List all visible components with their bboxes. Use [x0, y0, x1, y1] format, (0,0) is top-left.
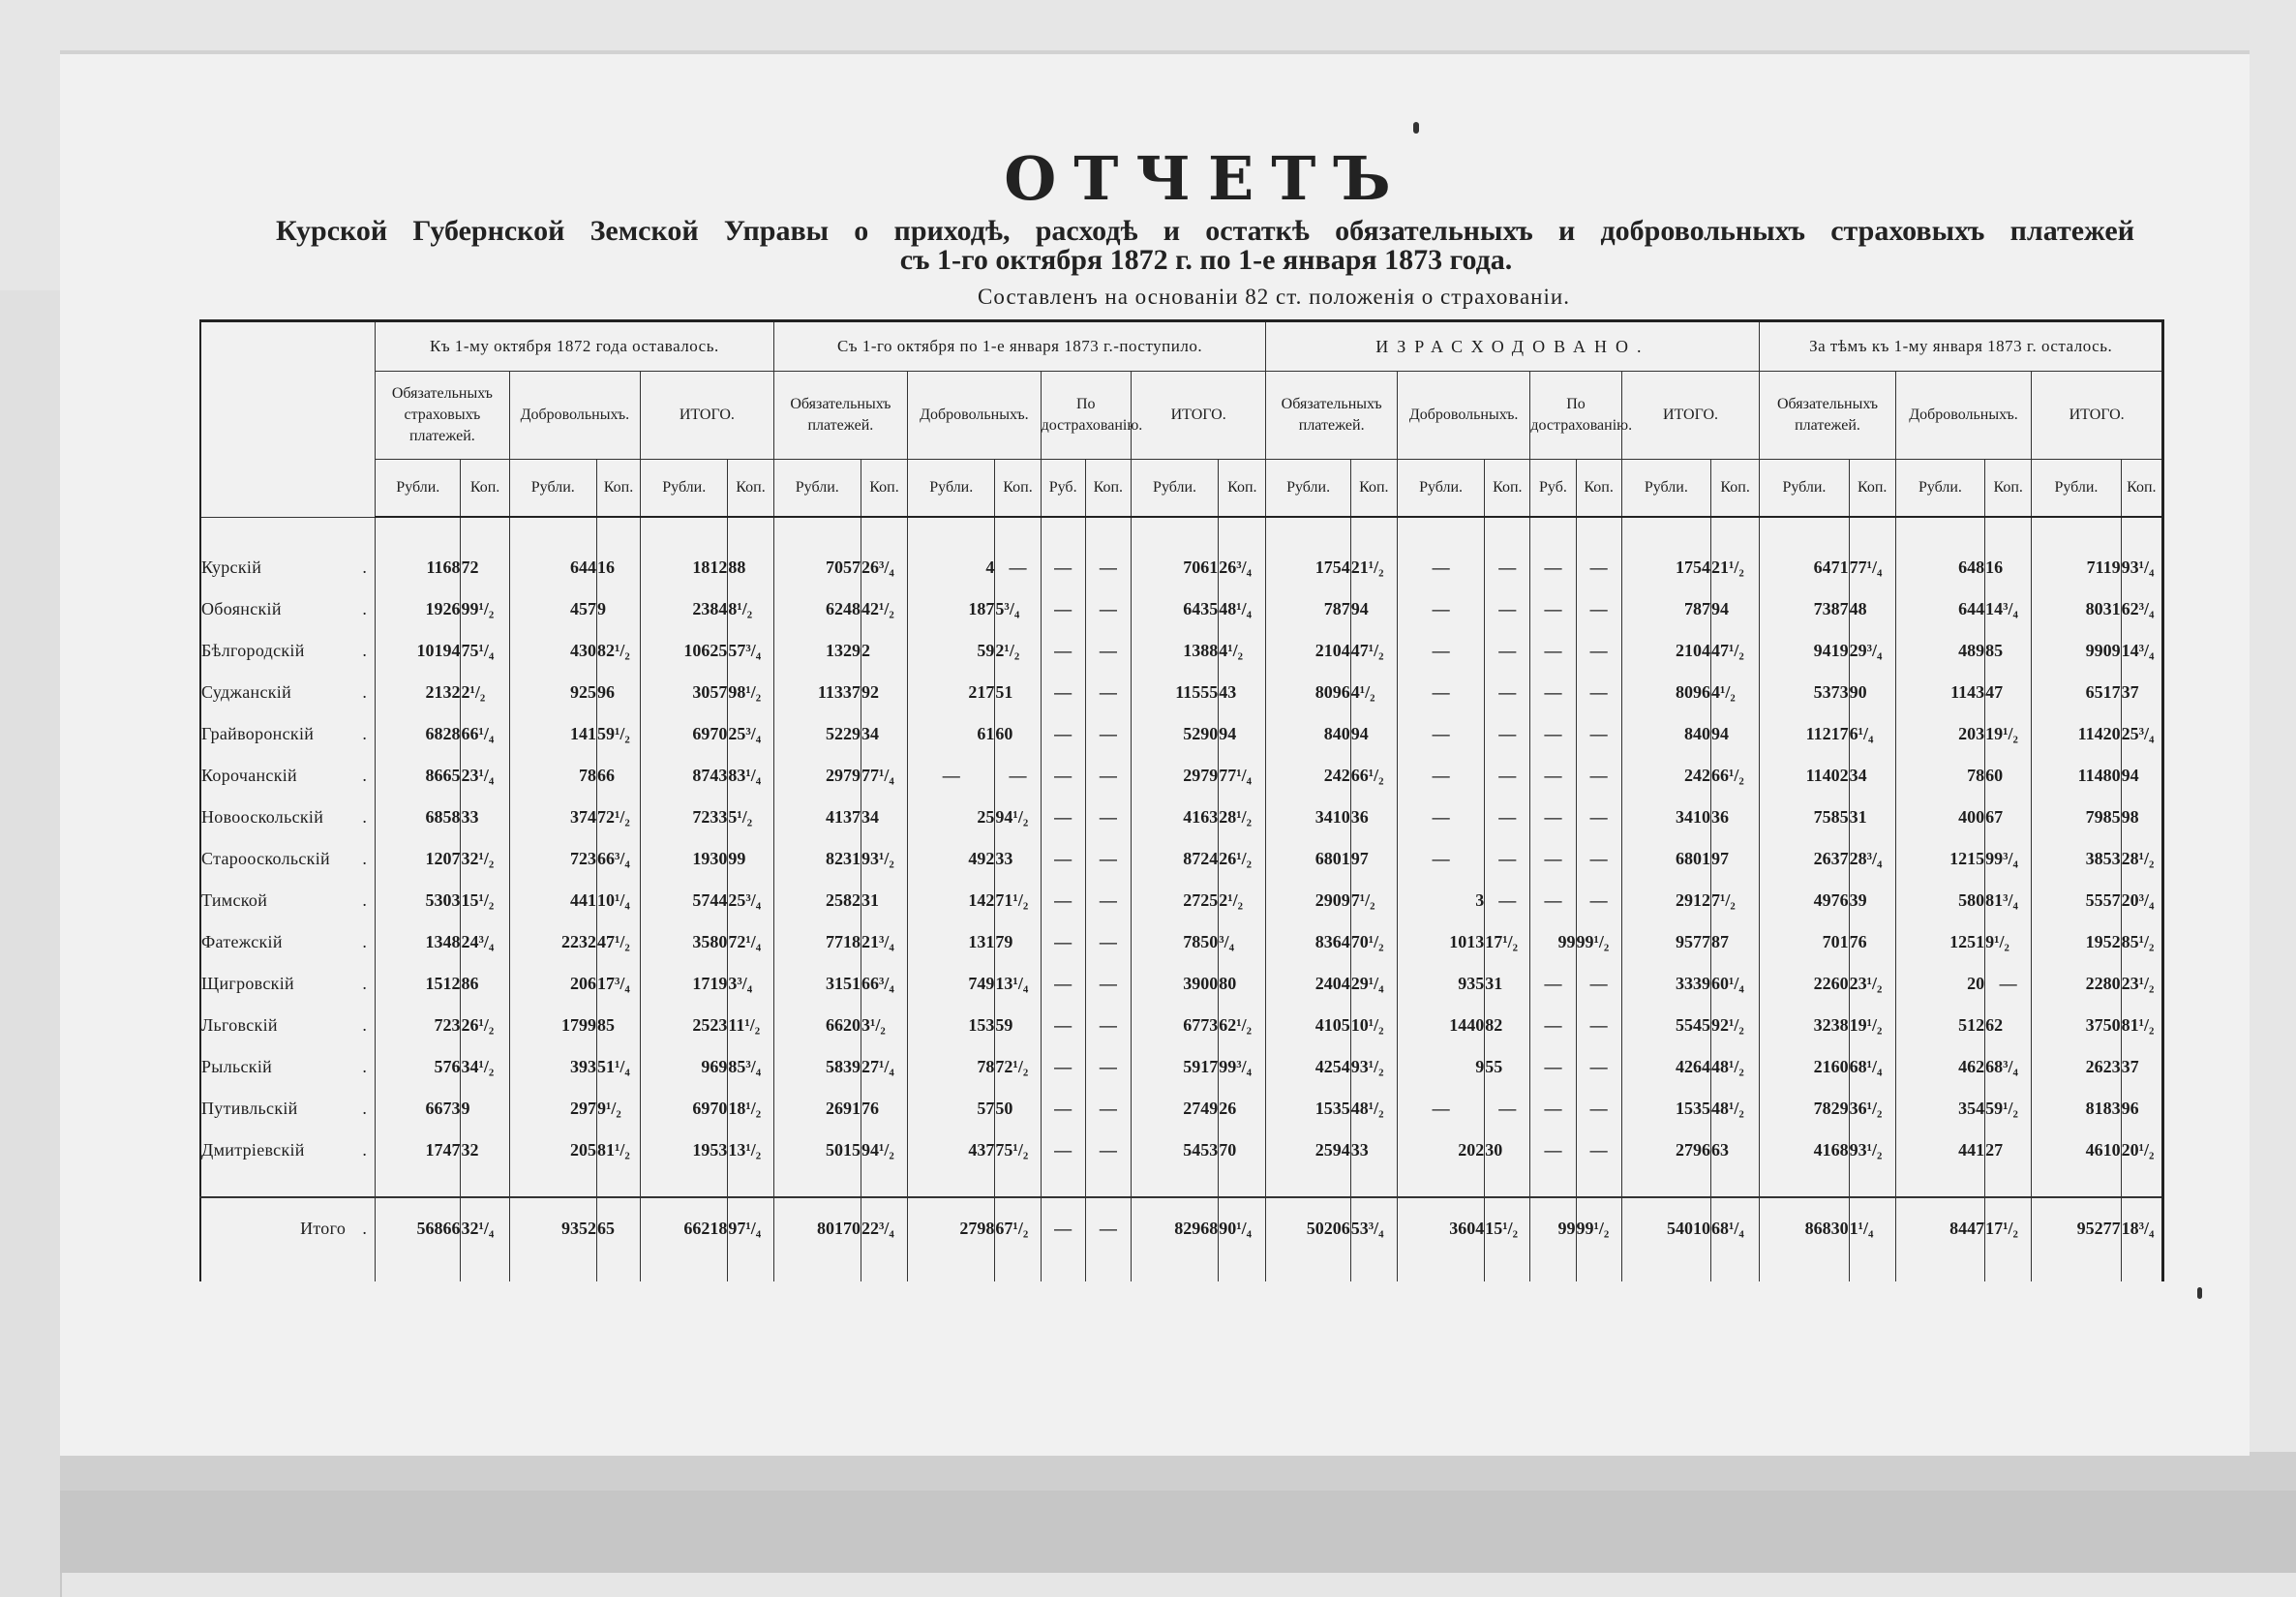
rubles-cell: 11420: [2032, 713, 2121, 755]
rubles-cell: —: [1041, 1197, 1085, 1258]
rubles-cell: 1812: [641, 547, 728, 588]
kopecks-cell: 4¹/₂: [1711, 672, 1760, 713]
kopecks-cell: 3³/₄: [728, 963, 773, 1005]
kopecks-cell: 27: [1985, 1130, 2032, 1171]
kopecks-cell: 1¹/₄: [1849, 1197, 1895, 1258]
rubles-cell: 1535: [1621, 1088, 1710, 1130]
kopecks-cell: 29¹/₄: [1350, 963, 1397, 1005]
table-row: Льговскiй.72326¹/₂179985252311¹/₂66203¹/…: [200, 1005, 2163, 1046]
rubles-cell: 6248: [773, 588, 861, 630]
kopecks-cell: 72¹/₂: [596, 797, 640, 838]
kopecks-cell: 67: [1985, 797, 2032, 838]
kopecks-cell: —: [1985, 963, 2032, 1005]
kopecks-cell: 18³/₄: [2121, 1197, 2162, 1258]
kopecks-cell: 47: [1985, 672, 2032, 713]
rubles-cell: —: [1530, 672, 1576, 713]
rubles-cell: 5557: [2032, 880, 2121, 921]
kopecks-cell: 29³/₄: [1849, 630, 1895, 672]
region-name-text: Грайворонскiй: [201, 724, 314, 743]
kopecks-cell: —: [1576, 1088, 1621, 1130]
group-header-spent: ИЗРАСХОДОВАНО.: [1266, 321, 1760, 372]
rubles-cell: 462: [1895, 1046, 1984, 1088]
rubles-cell: 1329: [773, 630, 861, 672]
region-name-text: Итого: [300, 1219, 346, 1238]
ink-speck: [2197, 1287, 2202, 1299]
kopecks-cell: 77¹/₄: [1849, 547, 1895, 588]
rubles-cell: 8183: [2032, 1088, 2121, 1130]
kopecks-cell: 2: [861, 630, 907, 672]
rubles-cell: 99: [1530, 1197, 1576, 1258]
unit-header-rubles: Рубли.: [773, 460, 861, 518]
kopecks-cell: 13¹/₂: [728, 1130, 773, 1171]
subheader-voluntary: Добровольныхъ.: [509, 372, 640, 460]
kopecks-cell: 99¹/₂: [1576, 921, 1621, 963]
rubles-cell: 1440: [1397, 1005, 1484, 1046]
rubles-cell: 4264: [1621, 1046, 1710, 1088]
kopecks-cell: 32¹/₂: [461, 838, 509, 880]
rubles-cell: 723: [376, 1005, 461, 1046]
rubles-cell: —: [1041, 797, 1085, 838]
rubles-cell: 3853: [2032, 838, 2121, 880]
unit-header-kopecks: Коп.: [1985, 460, 2032, 518]
rubles-cell: —: [1041, 880, 1085, 921]
kopecks-cell: —: [995, 755, 1041, 797]
rubles-cell: —: [1041, 547, 1085, 588]
kopecks-cell: 26³/₄: [861, 547, 907, 588]
region-name: Корочанскiй.: [200, 755, 376, 797]
kopecks-cell: 82¹/₂: [596, 630, 640, 672]
rubles-cell: 7850: [1131, 921, 1218, 963]
kopecks-cell: 82: [1485, 1005, 1530, 1046]
kopecks-cell: 94: [1350, 713, 1397, 755]
rubles-cell: 56866: [376, 1197, 461, 1258]
kopecks-cell: —: [1576, 1130, 1621, 1171]
rubles-cell: 576: [376, 1046, 461, 1088]
kopecks-cell: 48¹/₄: [1219, 588, 1266, 630]
rubles-cell: 1799: [509, 1005, 596, 1046]
rubles-cell: 1953: [641, 1130, 728, 1171]
region-name-text: Рыльскiй: [201, 1057, 272, 1076]
kopecks-cell: 17¹/₂: [1985, 1197, 2032, 1258]
rubles-cell: 11480: [2032, 755, 2121, 797]
subheader-voluntary: Добровольныхъ.: [908, 372, 1041, 460]
unit-header-kopecks: Коп.: [1085, 460, 1131, 518]
kopecks-cell: 24³/₄: [461, 921, 509, 963]
kopecks-cell: 15¹/₂: [1485, 1197, 1530, 1258]
rubles-cell: 3580: [641, 921, 728, 963]
rubles-cell: 1388: [1131, 630, 1218, 672]
rubles-cell: 153: [908, 1005, 995, 1046]
kopecks-cell: 28¹/₂: [2121, 838, 2162, 880]
leader-dots: .: [362, 974, 367, 994]
unit-header-kopecks: Коп.: [1350, 460, 1397, 518]
rubles-cell: 7985: [2032, 797, 2121, 838]
leader-dots: .: [362, 766, 367, 786]
rubles-cell: 3238: [1760, 1005, 1849, 1046]
rubles-cell: —: [1041, 588, 1085, 630]
rubles-cell: 8096: [1621, 672, 1710, 713]
kopecks-cell: 99¹/₂: [461, 588, 509, 630]
region-name: Путивльскiй.: [200, 1088, 376, 1130]
rubles-cell: 202: [1397, 1130, 1484, 1171]
subheader-mandatory: Обязательныхъ страховыхъ платежей.: [376, 372, 509, 460]
rubles-cell: 95277: [2032, 1197, 2121, 1258]
kopecks-cell: 16: [1985, 547, 2032, 588]
kopecks-cell: —: [1485, 797, 1530, 838]
kopecks-cell: 39: [1849, 880, 1895, 921]
kopecks-cell: 93¹/₄: [2121, 547, 2162, 588]
rubles-cell: 2979: [1131, 755, 1218, 797]
unit-header-rubles: Руб.: [1530, 460, 1576, 518]
rubles-cell: 7585: [1760, 797, 1849, 838]
kopecks-cell: 51: [995, 672, 1041, 713]
region-name-text: Щигровскiй: [201, 974, 294, 993]
rubles-cell: 99: [1530, 921, 1576, 963]
kopecks-cell: 76: [1849, 921, 1895, 963]
rubles-cell: 7233: [641, 797, 728, 838]
kopecks-cell: 28¹/₂: [1219, 797, 1266, 838]
kopecks-cell: 77¹/₄: [861, 755, 907, 797]
kopecks-cell: 30: [1485, 1130, 1530, 1171]
kopecks-cell: —: [1085, 713, 1131, 755]
kopecks-cell: —: [1085, 1088, 1131, 1130]
rubles-cell: 5303: [376, 880, 461, 921]
rubles-cell: —: [1397, 630, 1484, 672]
kopecks-cell: 66: [596, 755, 640, 797]
rubles-cell: 1013: [1397, 921, 1484, 963]
kopecks-cell: 94: [1219, 713, 1266, 755]
rubles-cell: 2260: [1760, 963, 1849, 1005]
kopecks-cell: 66¹/₂: [1711, 755, 1760, 797]
rubles-cell: 3339: [1621, 963, 1710, 1005]
kopecks-cell: 66¹/₄: [461, 713, 509, 755]
kopecks-cell: 96: [596, 672, 640, 713]
rubles-cell: 5373: [1760, 672, 1849, 713]
rubles-cell: 2725: [1131, 880, 1218, 921]
rubles-cell: 57: [908, 1088, 995, 1130]
kopecks-cell: 87: [1711, 921, 1760, 963]
kopecks-cell: 4¹/₂: [1219, 630, 1266, 672]
kopecks-cell: 26: [1219, 1088, 1266, 1130]
kopecks-cell: 36¹/₂: [1849, 1088, 1895, 1130]
kopecks-cell: 20³/₄: [2121, 880, 2162, 921]
kopecks-cell: 68³/₄: [1985, 1046, 2032, 1088]
region-name-text: Тимской: [201, 890, 267, 910]
kopecks-cell: 59¹/₂: [1985, 1088, 2032, 1130]
unit-header-rubles: Рубли.: [1760, 460, 1849, 518]
table-row: Грайворонскiй.682866¹/₄14159¹/₂697025³/₄…: [200, 713, 2163, 755]
rubles-cell: 840: [1266, 713, 1350, 755]
kopecks-cell: 66³/₄: [596, 838, 640, 880]
region-name-text: Старооскольскiй: [201, 849, 330, 868]
kopecks-cell: 94: [1711, 588, 1760, 630]
kopecks-cell: —: [1576, 963, 1621, 1005]
kopecks-cell: 26¹/₂: [1219, 838, 1266, 880]
kopecks-cell: —: [1485, 588, 1530, 630]
rubles-cell: 8724: [1131, 838, 1218, 880]
kopecks-cell: —: [1085, 963, 1131, 1005]
leader-dots: .: [362, 932, 367, 952]
region-name: Суджанскiй.: [200, 672, 376, 713]
rubles-cell: 354: [1895, 1088, 1984, 1130]
rubles-cell: 1930: [641, 838, 728, 880]
rubles-cell: 86830: [1760, 1197, 1849, 1258]
rubles-cell: 6773: [1131, 1005, 1218, 1046]
region-name-text: Корочанскiй: [201, 766, 297, 785]
rubles-cell: 1143: [1895, 672, 1984, 713]
rubles-cell: 6471: [1760, 547, 1849, 588]
rubles-cell: 5290: [1131, 713, 1218, 755]
kopecks-cell: 5¹/₂: [728, 797, 773, 838]
kopecks-cell: 36: [1350, 797, 1397, 838]
document-title: ОТЧЕТЪ: [0, 143, 2296, 214]
rubles-cell: 437: [908, 1130, 995, 1171]
kopecks-cell: 9: [596, 588, 640, 630]
kopecks-cell: 68¹/₄: [1711, 1197, 1760, 1258]
rubles-cell: 8096: [1266, 672, 1350, 713]
kopecks-cell: 34: [861, 713, 907, 755]
rubles-cell: 7119: [2032, 547, 2121, 588]
rubles-cell: 2132: [376, 672, 461, 713]
rubles-cell: 1535: [1266, 1088, 1350, 1130]
kopecks-cell: —: [1576, 630, 1621, 672]
kopecks-cell: 34: [1849, 755, 1895, 797]
kopecks-cell: 36: [1711, 797, 1760, 838]
subheader-mandatory: Обязательныхъ платежей.: [1266, 372, 1397, 460]
kopecks-cell: 60: [995, 713, 1041, 755]
kopecks-cell: 72¹/₄: [728, 921, 773, 963]
region-name-text: Обоянскiй: [201, 599, 282, 618]
rubles-cell: 7061: [1131, 547, 1218, 588]
rubles-cell: —: [1397, 547, 1484, 588]
kopecks-cell: 55: [1485, 1046, 1530, 1088]
leader-dots: .: [362, 849, 367, 869]
kopecks-cell: —: [1576, 672, 1621, 713]
leader-dots: .: [362, 641, 367, 661]
kopecks-cell: 32: [461, 1130, 509, 1171]
rubles-cell: 6435: [1131, 588, 1218, 630]
kopecks-cell: 43: [1219, 672, 1266, 713]
kopecks-cell: 90: [1849, 672, 1895, 713]
kopecks-cell: —: [1085, 630, 1131, 672]
rubles-cell: 2523: [641, 1005, 728, 1046]
rubles-cell: —: [1041, 1046, 1085, 1088]
kopecks-cell: 70¹/₂: [1350, 921, 1397, 963]
rubles-cell: 2104: [1621, 630, 1710, 672]
kopecks-cell: —: [1085, 672, 1131, 713]
kopecks-cell: 21¹/₂: [1350, 547, 1397, 588]
kopecks-cell: 75¹/₄: [461, 630, 509, 672]
unit-header-rubles: Рубли.: [641, 460, 728, 518]
region-name-text: Дмитрiевскiй: [201, 1140, 305, 1160]
kopecks-cell: 93¹/₂: [1849, 1130, 1895, 1171]
kopecks-cell: —: [1085, 755, 1131, 797]
kopecks-cell: 85¹/₂: [2121, 921, 2162, 963]
rubles-cell: 3750: [2032, 1005, 2121, 1046]
region-name: Новооскольскiй.: [200, 797, 376, 838]
rubles-cell: —: [1530, 963, 1576, 1005]
kopecks-cell: 99³/₄: [1985, 838, 2032, 880]
rubles-cell: —: [1397, 838, 1484, 880]
region-name: Фатежскiй.: [200, 921, 376, 963]
kopecks-cell: 85: [1985, 630, 2032, 672]
kopecks-cell: 97: [1711, 838, 1760, 880]
kopecks-cell: 23¹/₂: [2121, 963, 2162, 1005]
unit-header-rubles: Рубли.: [2032, 460, 2121, 518]
rubles-cell: —: [1041, 921, 1085, 963]
rubles-cell: —: [1530, 838, 1576, 880]
rubles-cell: 66218: [641, 1197, 728, 1258]
rubles-cell: 80170: [773, 1197, 861, 1258]
table-row: Корочанскiй.866523¹/₄7866874383¹/₄297977…: [200, 755, 2163, 797]
rubles-cell: 787: [1621, 588, 1710, 630]
kopecks-cell: —: [1485, 672, 1530, 713]
unit-header-kopecks: Коп.: [461, 460, 509, 518]
rubles-cell: 5545: [1621, 1005, 1710, 1046]
rubles-cell: 187: [908, 588, 995, 630]
rubles-cell: —: [908, 755, 995, 797]
kopecks-cell: —: [1576, 755, 1621, 797]
rubles-cell: 2160: [1760, 1046, 1849, 1088]
region-name: Курскiй.: [200, 547, 376, 588]
rubles-cell: 5744: [641, 880, 728, 921]
rubles-cell: 8364: [1266, 921, 1350, 963]
rubles-cell: 374: [509, 797, 596, 838]
kopecks-cell: 5³/₄: [995, 588, 1041, 630]
kopecks-cell: 10¹/₂: [1350, 1005, 1397, 1046]
unit-header-rubles: Рубли.: [1397, 460, 1484, 518]
kopecks-cell: 85: [596, 1005, 640, 1046]
subheader-reinsurance: По дострахованiю.: [1041, 372, 1131, 460]
rubles-cell: 4: [908, 547, 995, 588]
kopecks-cell: 93¹/₂: [1350, 1046, 1397, 1088]
kopecks-cell: 7¹/₂: [1350, 880, 1397, 921]
kopecks-cell: —: [1485, 1088, 1530, 1130]
rubles-cell: 644: [1895, 588, 1984, 630]
kopecks-cell: 67¹/₂: [995, 1197, 1041, 1258]
kopecks-cell: 96: [2121, 1088, 2162, 1130]
rubles-cell: —: [1530, 1088, 1576, 1130]
rubles-cell: 492: [908, 838, 995, 880]
rubles-cell: 205: [509, 1130, 596, 1171]
kopecks-cell: 60: [1985, 755, 2032, 797]
kopecks-cell: 31: [1485, 963, 1530, 1005]
kopecks-cell: 48¹/₂: [1711, 1088, 1760, 1130]
rubles-cell: 2909: [1266, 880, 1350, 921]
rubles-cell: 6673: [376, 1088, 461, 1130]
group-header-balance-oct: Къ 1-му октября 1872 года оставалось.: [376, 321, 773, 372]
kopecks-cell: 19¹/₂: [1985, 713, 2032, 755]
kopecks-cell: —: [1085, 1197, 1131, 1258]
kopecks-cell: 59¹/₂: [596, 713, 640, 755]
kopecks-cell: 50: [995, 1088, 1041, 1130]
kopecks-cell: 71¹/₂: [995, 880, 1041, 921]
rubles-cell: 644: [509, 547, 596, 588]
kopecks-cell: —: [1085, 547, 1131, 588]
kopecks-cell: 94: [2121, 755, 2162, 797]
kopecks-cell: 20¹/₂: [2121, 1130, 2162, 1171]
region-name-text: Путивльскiй: [201, 1099, 298, 1118]
rubles-cell: —: [1530, 588, 1576, 630]
table-row: Рыльскiй.57634¹/₂39351¹/₄96985³/₄583927¹…: [200, 1046, 2163, 1088]
kopecks-cell: —: [1485, 630, 1530, 672]
kopecks-cell: 66³/₄: [861, 963, 907, 1005]
kopecks-cell: —: [1576, 838, 1621, 880]
kopecks-cell: 22³/₄: [861, 1197, 907, 1258]
kopecks-cell: 47¹/₂: [1350, 630, 1397, 672]
rubles-cell: —: [1041, 838, 1085, 880]
rubles-cell: 457: [509, 588, 596, 630]
rubles-cell: 7387: [1760, 588, 1849, 630]
unit-header-kopecks: Коп.: [1576, 460, 1621, 518]
kopecks-cell: —: [1485, 755, 1530, 797]
rubles-cell: 3: [1397, 880, 1484, 921]
unit-header-rubles: Рубли.: [376, 460, 461, 518]
leader-dots: .: [362, 1219, 367, 1239]
unit-header-rubles: Рубли.: [1131, 460, 1218, 518]
rubles-cell: 8447: [1895, 1197, 1984, 1258]
kopecks-cell: 2¹/₂: [1219, 880, 1266, 921]
rubles-cell: —: [1041, 630, 1085, 672]
unit-header-kopecks: Коп.: [1219, 460, 1266, 518]
subheader-mandatory: Обязательныхъ платежей.: [1760, 372, 1896, 460]
rubles-cell: 78: [1895, 755, 1984, 797]
rubles-cell: 242: [1266, 755, 1350, 797]
kopecks-cell: 31: [1849, 797, 1895, 838]
kopecks-cell: 75¹/₂: [995, 1130, 1041, 1171]
rubles-cell: —: [1397, 797, 1484, 838]
kopecks-cell: 92: [861, 672, 907, 713]
kopecks-cell: 94: [1711, 713, 1760, 755]
rubles-cell: 2280: [2032, 963, 2121, 1005]
rubles-cell: —: [1041, 1130, 1085, 1171]
rubles-cell: 3057: [641, 672, 728, 713]
rubles-cell: 7718: [773, 921, 861, 963]
kopecks-cell: 21³/₄: [861, 921, 907, 963]
kopecks-cell: 25³/₄: [2121, 713, 2162, 755]
rubles-cell: —: [1397, 713, 1484, 755]
region-name-text: Новооскольскiй: [201, 807, 323, 827]
rubles-cell: —: [1530, 1046, 1576, 1088]
rubles-cell: 6970: [641, 1088, 728, 1130]
rubles-cell: 5917: [1131, 1046, 1218, 1088]
rubles-cell: 7057: [773, 547, 861, 588]
region-name-text: Фатежскiй: [201, 932, 283, 951]
ink-speck: [1413, 122, 1419, 134]
kopecks-cell: 19¹/₂: [1849, 1005, 1895, 1046]
unit-header-rubles: Рубли.: [1266, 460, 1350, 518]
kopecks-cell: 31: [861, 880, 907, 921]
kopecks-cell: —: [1085, 880, 1131, 921]
rubles-cell: —: [1041, 963, 1085, 1005]
rubles-cell: 512: [1895, 1005, 1984, 1046]
table-row: Путивльскiй.667392979¹/₂697018¹/₂2691765…: [200, 1088, 2163, 1130]
rubles-cell: 749: [908, 963, 995, 1005]
group-header-balance-jan: За тѣмъ къ 1-му января 1873 г. осталось.: [1760, 321, 2163, 372]
table-row: Обоянскiй.192699¹/₂457923848¹/₂624842¹/₂…: [200, 588, 2163, 630]
kopecks-cell: 25³/₄: [728, 880, 773, 921]
rubles-cell: 2594: [1266, 1130, 1350, 1171]
rubles-cell: 5839: [773, 1046, 861, 1088]
rubles-cell: 2232: [509, 921, 596, 963]
kopecks-cell: 26¹/₂: [461, 1005, 509, 1046]
rubles-cell: 2384: [641, 588, 728, 630]
rubles-cell: 787: [1266, 588, 1350, 630]
unit-header-kopecks: Коп.: [2121, 460, 2162, 518]
kopecks-cell: 57³/₄: [728, 630, 773, 672]
kopecks-cell: 51¹/₄: [596, 1046, 640, 1088]
kopecks-cell: 85³/₄: [728, 1046, 773, 1088]
